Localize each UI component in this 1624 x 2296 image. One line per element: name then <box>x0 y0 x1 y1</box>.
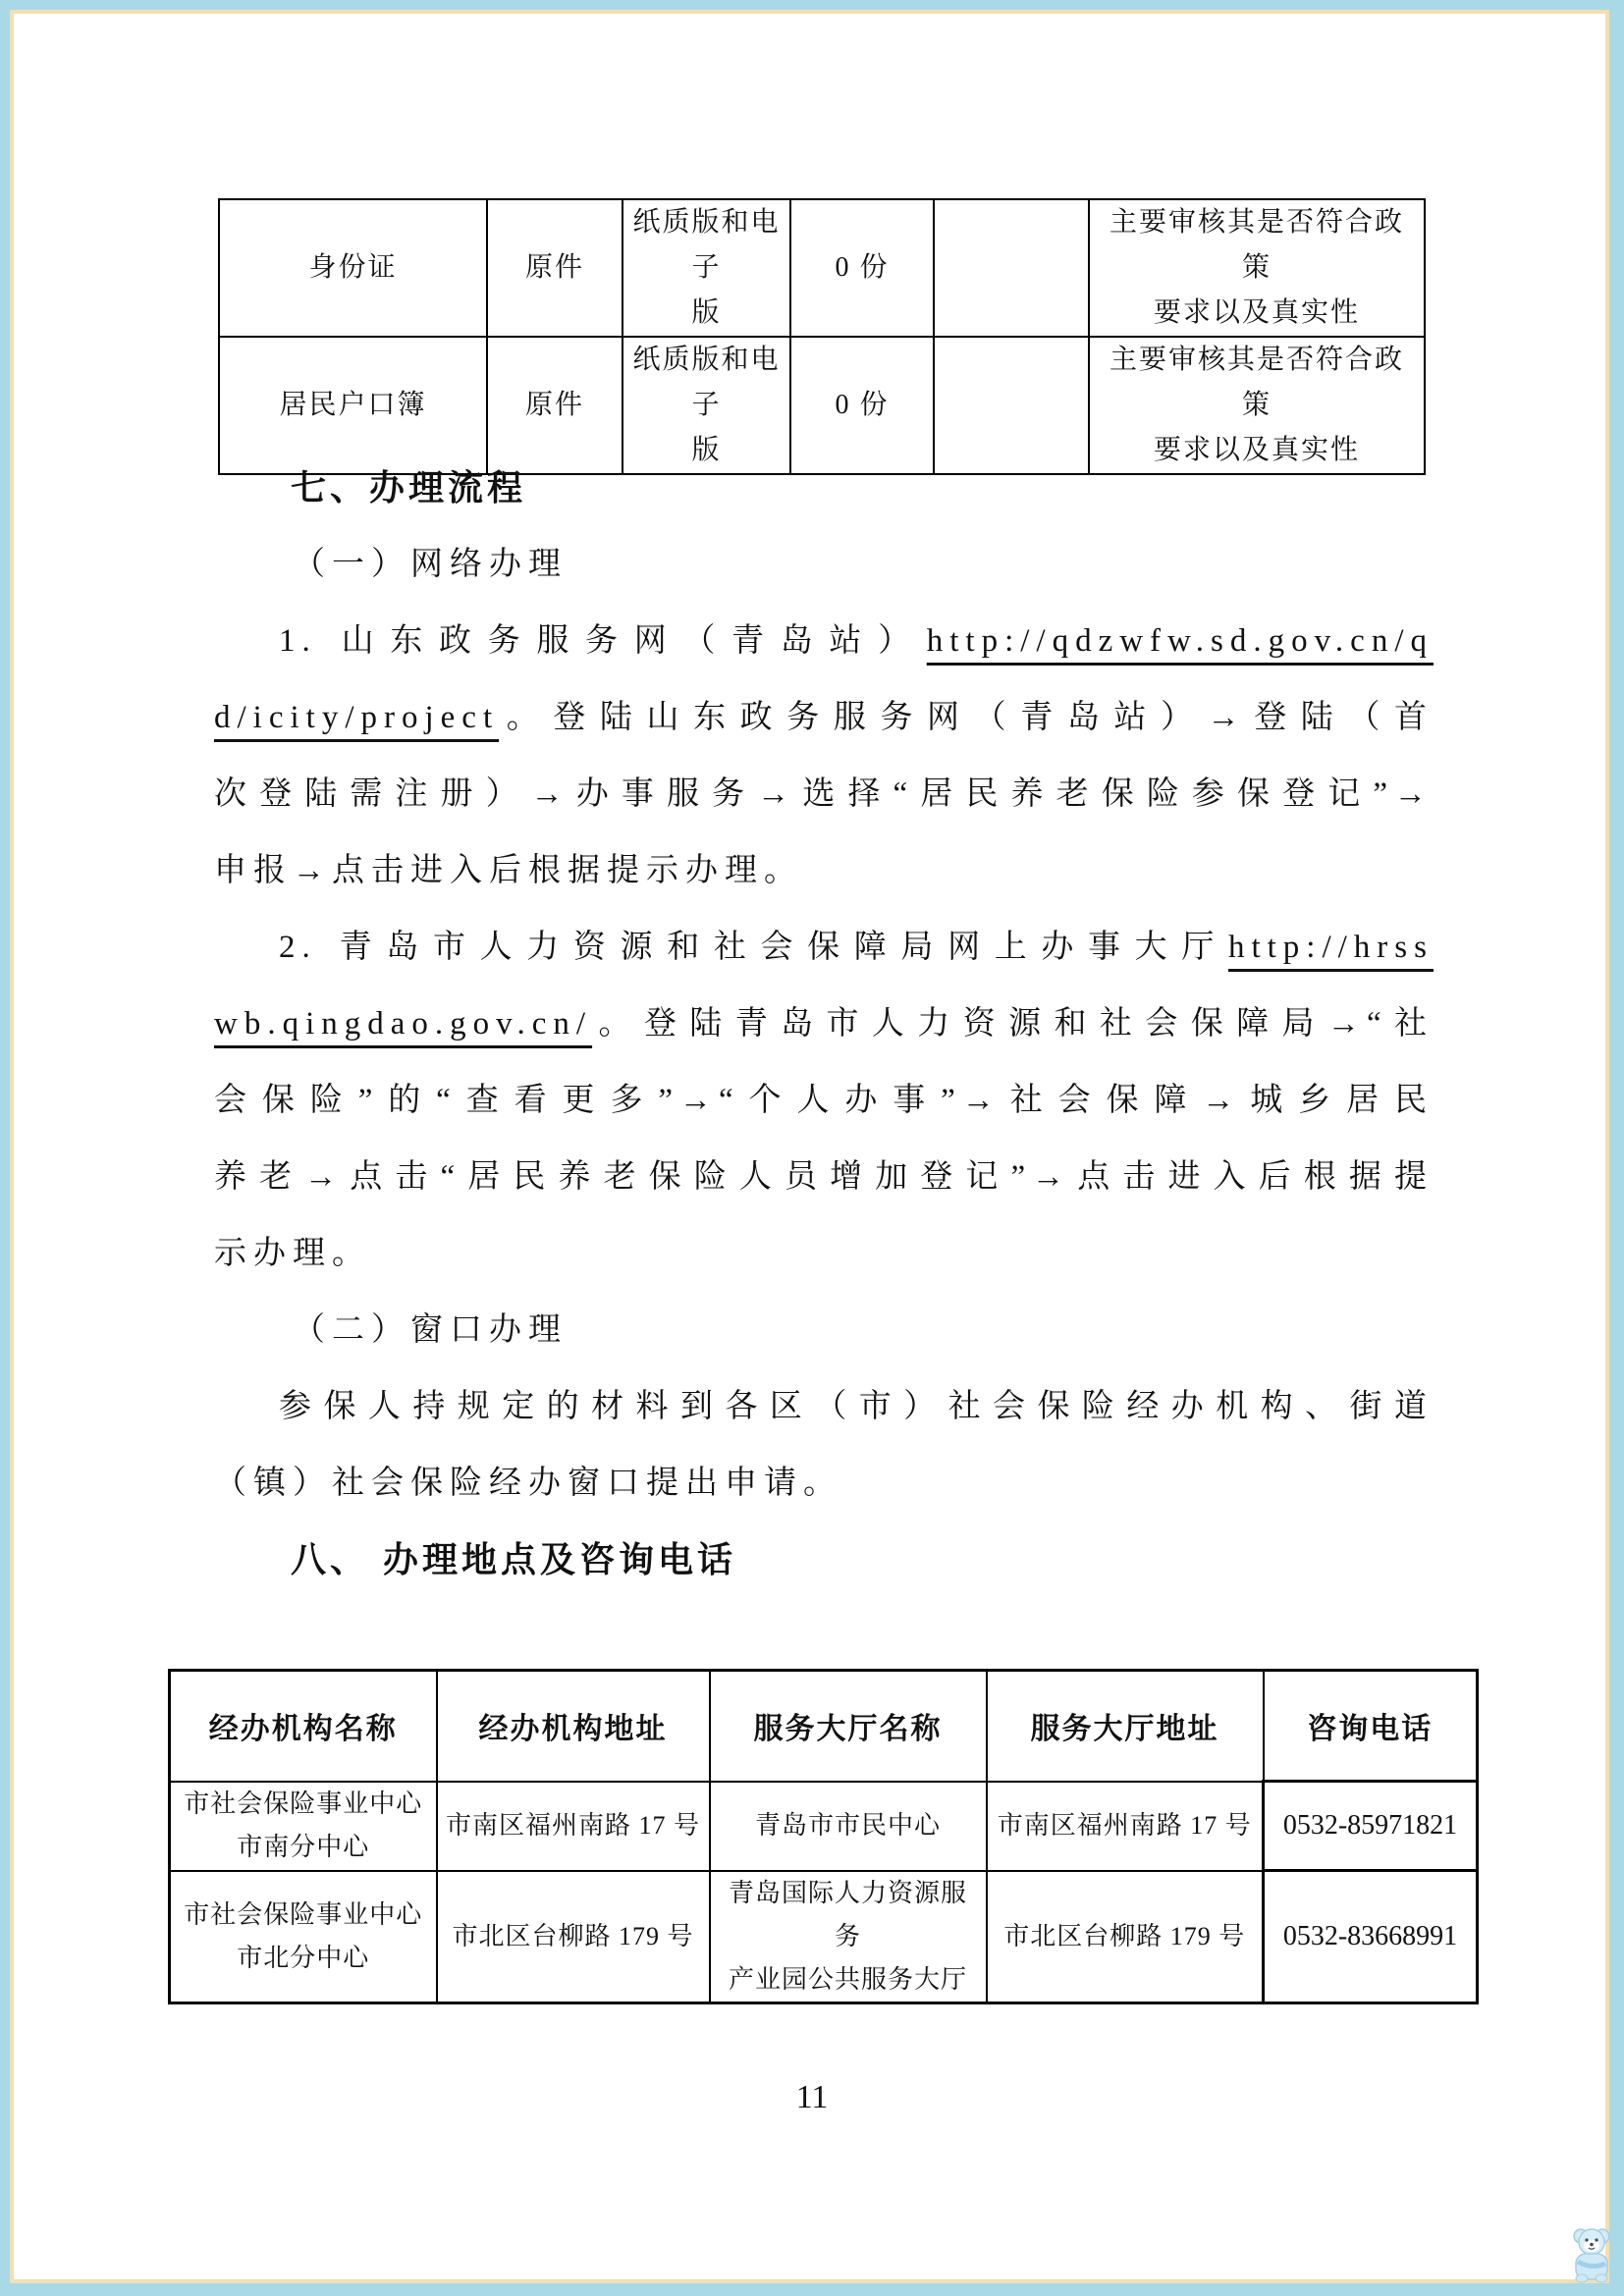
table-cell: 原件 <box>487 199 623 337</box>
text-run: 1. 山东政务服务网（青岛站） <box>279 623 927 659</box>
text-line: d/icity/project。登陆山东政务服务网（青岛站）→登陆（首 <box>214 679 1434 756</box>
text-line: 1. 山东政务服务网（青岛站）http://qdzwfw.sd.gov.cn/q <box>214 603 1434 679</box>
section-heading: 八、 办理地点及咨询电话 <box>214 1522 1434 1598</box>
text-run: 会保险”的“查看更多”→“个人办事”→社会保障→城乡居民 <box>214 1083 1434 1118</box>
text-run: 次登陆需注册）→办事服务→选择“居民养老保险参保登记”→ <box>214 776 1434 812</box>
table-cell: 青岛国际人力资源服务 产业园公共服务大厅 <box>710 1871 987 2003</box>
text-line: 参保人持规定的材料到各区（市）社会保险经办机构、街道 <box>214 1368 1434 1445</box>
table-cell: 市社会保险事业中心 市北分中心 <box>170 1871 437 2003</box>
sub-heading: （一）网络办理 <box>214 526 1434 603</box>
table-cell: 青岛市市民中心 <box>710 1782 987 1871</box>
text-run: 八、 办理地点及咨询电话 <box>291 1539 736 1579</box>
table-cell <box>934 199 1089 337</box>
text-line: 2. 青岛市人力资源和社会保障局网上办事大厅http://hrss <box>214 909 1434 986</box>
page-number: 11 <box>0 2079 1624 2116</box>
text-line: （镇）社会保险经办窗口提出申请。 <box>214 1445 1434 1522</box>
hyperlink[interactable]: http://hrss <box>1228 930 1434 965</box>
text-run: （镇）社会保险经办窗口提出申请。 <box>214 1466 842 1501</box>
text-run: 。登陆青岛市人力资源和社会保障局→“社 <box>592 1006 1434 1041</box>
text-run: 2. 青岛市人力资源和社会保障局网上办事大厅 <box>279 930 1228 965</box>
hyperlink[interactable]: http://qdzwfw.sd.gov.cn/q <box>927 623 1434 659</box>
hyperlink[interactable]: wb.qingdao.gov.cn/ <box>214 1006 592 1041</box>
text-run: 参保人持规定的材料到各区（市）社会保险经办机构、街道 <box>279 1389 1434 1424</box>
text-line: wb.qingdao.gov.cn/。登陆青岛市人力资源和社会保障局→“社 <box>214 986 1434 1062</box>
table-cell: 市北区台柳路 179 号 <box>437 1871 710 2003</box>
table-cell: 0532-85971821 <box>1264 1782 1478 1871</box>
table-cell: 主要审核其是否符合政策 要求以及真实性 <box>1089 199 1425 337</box>
text-line: 申报→点击进入后根据提示办理。 <box>214 832 1434 909</box>
body-text: 七、办理流程（一）网络办理1. 山东政务服务网（青岛站）http://qdzwf… <box>214 450 1434 1598</box>
column-header: 服务大厅地址 <box>987 1671 1264 1782</box>
text-run: （二）窗口办理 <box>293 1312 568 1348</box>
text-run: 申报→点击进入后根据提示办理。 <box>214 853 803 888</box>
text-run: 七、办理流程 <box>291 467 526 507</box>
table-cell: 市南区福州南路 17 号 <box>437 1782 710 1871</box>
locations-table: 经办机构名称经办机构地址服务大厅名称服务大厅地址咨询电话市社会保险事业中心 市南… <box>168 1669 1479 2004</box>
text-run: 养老→点击“居民养老保险人员增加登记”→点击进入后根据提 <box>214 1159 1434 1195</box>
header-row: 经办机构名称经办机构地址服务大厅名称服务大厅地址咨询电话 <box>170 1671 1478 1782</box>
text-line: 次登陆需注册）→办事服务→选择“居民养老保险参保登记”→ <box>214 756 1434 832</box>
table-cell: 0 份 <box>790 199 934 337</box>
table-cell: 市南区福州南路 17 号 <box>987 1782 1264 1871</box>
table-row: 市社会保险事业中心 市南分中心市南区福州南路 17 号青岛市市民中心市南区福州南… <box>170 1782 1478 1871</box>
column-header: 经办机构地址 <box>437 1671 710 1782</box>
table-cell: 身份证 <box>219 199 487 337</box>
table-cell: 市北区台柳路 179 号 <box>987 1871 1264 2003</box>
column-header: 经办机构名称 <box>170 1671 437 1782</box>
text-run: 。登陆山东政务服务网（青岛站）→登陆（首 <box>499 700 1434 735</box>
table-cell: 市社会保险事业中心 市南分中心 <box>170 1782 437 1871</box>
text-line: 养老→点击“居民养老保险人员增加登记”→点击进入后根据提 <box>214 1139 1434 1215</box>
table-row: 市社会保险事业中心 市北分中心市北区台柳路 179 号青岛国际人力资源服务 产业… <box>170 1871 1478 2003</box>
text-run: （一）网络办理 <box>293 547 568 582</box>
teddy-bear-icon <box>1568 2226 1615 2283</box>
document-page: 身份证原件纸质版和电子 版0 份主要审核其是否符合政策 要求以及真实性居民户口簿… <box>0 0 1624 2296</box>
table-cell: 纸质版和电子 版 <box>623 199 790 337</box>
sub-heading: （二）窗口办理 <box>214 1292 1434 1368</box>
text-line: 会保险”的“查看更多”→“个人办事”→社会保障→城乡居民 <box>214 1062 1434 1139</box>
column-header: 咨询电话 <box>1264 1671 1478 1782</box>
hyperlink[interactable]: d/icity/project <box>214 700 499 735</box>
section-heading: 七、办理流程 <box>214 450 1434 526</box>
column-header: 服务大厅名称 <box>710 1671 987 1782</box>
text-line: 示办理。 <box>214 1215 1434 1292</box>
table-row: 身份证原件纸质版和电子 版0 份主要审核其是否符合政策 要求以及真实性 <box>219 199 1425 337</box>
materials-table: 身份证原件纸质版和电子 版0 份主要审核其是否符合政策 要求以及真实性居民户口簿… <box>218 198 1426 475</box>
table-cell: 0532-83668991 <box>1264 1871 1478 2003</box>
text-run: 示办理。 <box>214 1236 371 1271</box>
